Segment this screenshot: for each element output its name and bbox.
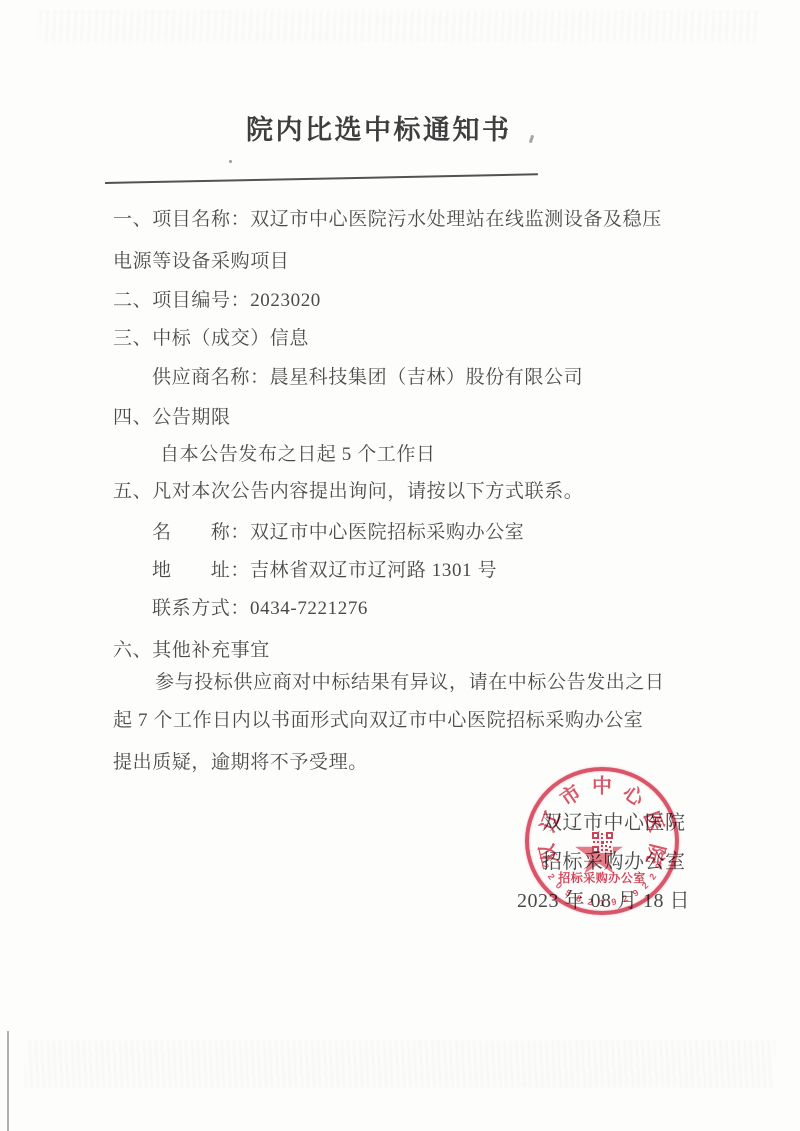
line-supplement-heading: 六、其他补充事宜 bbox=[113, 639, 270, 663]
line-contact-address: 地 址：吉林省双辽市辽河路 1301 号 bbox=[152, 559, 497, 583]
seal-qr-pattern bbox=[592, 832, 613, 853]
line-contact-name: 名 称：双辽市中心医院招标采购办公室 bbox=[152, 521, 524, 545]
scan-artifact bbox=[40, 10, 760, 42]
line-announcement-period: 自本公告发布之日起 5 个工作日 bbox=[160, 443, 436, 467]
line-objection-para-1: 参与投标供应商对中标结果有异议，请在中标公告发出之日 bbox=[155, 671, 665, 695]
line-announcement-period-heading: 四、公告期限 bbox=[113, 406, 231, 430]
line-contact-intro: 五、凡对本次公告内容提出询问，请按以下方式联系。 bbox=[113, 480, 583, 504]
scan-artifact bbox=[7, 1031, 9, 1131]
scanned-document-page: 院内比选中标通知书 一、项目名称：双辽市中心医院污水处理站在线监测设备及稳压 电… bbox=[0, 0, 800, 1131]
document-title: 院内比选中标通知书 bbox=[246, 114, 512, 146]
line-contact-phone: 联系方式：0434-7221276 bbox=[152, 597, 368, 621]
line-award-info-heading: 三、中标（成交）信息 bbox=[113, 327, 309, 351]
title-divider-line bbox=[105, 173, 538, 184]
scan-artifact bbox=[229, 160, 232, 163]
line-supplier-name: 供应商名称：晨星科技集团（吉林）股份有限公司 bbox=[152, 366, 583, 390]
scan-artifact bbox=[529, 135, 534, 144]
scan-artifact bbox=[25, 1040, 775, 1088]
line-project-name-cont: 电源等设备采购项目 bbox=[113, 250, 289, 274]
line-project-name: 一、项目名称：双辽市中心医院污水处理站在线监测设备及稳压 bbox=[113, 208, 662, 232]
line-objection-para-3: 提出质疑，逾期将不予受理。 bbox=[113, 751, 368, 775]
line-project-number: 二、项目编号：2023020 bbox=[113, 289, 321, 313]
line-objection-para-2: 起 7 个工作日内以书面形式向双辽市中心医院招标采购办公室 bbox=[113, 709, 643, 733]
